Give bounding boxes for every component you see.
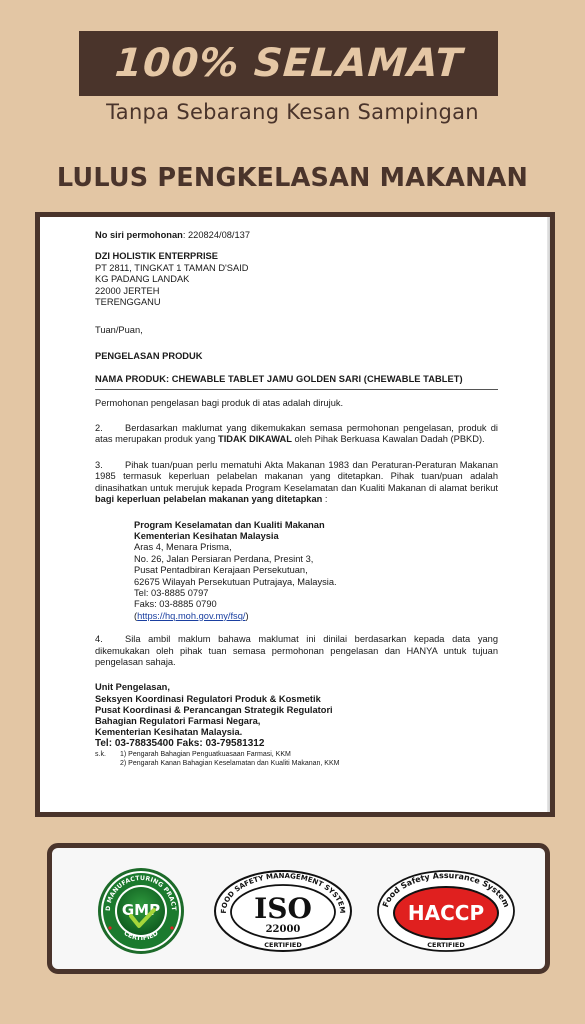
document-frame: No siri permohonan: 220824/08/137 DZI HO… <box>35 212 555 817</box>
company-name: DZI HOLISTIK ENTERPRISE <box>95 251 498 262</box>
signature-tel: Tel: 03-78835400 Faks: 03-79581312 <box>95 738 498 750</box>
paragraph-2: 2.Berdasarkan maklumat yang dikemukakan … <box>95 423 498 446</box>
certification-logos: GOOD MANUFACTURING PRACTICES CERTIFIED G… <box>47 843 550 974</box>
svg-text:CERTIFIED: CERTIFIED <box>264 941 302 949</box>
signature-block: Unit Pengelasan, Seksyen Koordinasi Regu… <box>95 682 498 750</box>
company-address: PT 2811, TINGKAT 1 TAMAN D'SAID KG PADAN… <box>95 263 498 309</box>
fsq-website-link[interactable]: https://hq.moh.gov.my/fsq/ <box>137 611 245 621</box>
svg-text:22000: 22000 <box>266 924 301 935</box>
classification-letter: No siri permohonan: 220824/08/137 DZI HO… <box>95 230 498 768</box>
product-name: NAMA PRODUK: CHEWABLE TABLET JAMU GOLDEN… <box>95 374 498 389</box>
paragraph-3: 3.Pihak tuan/puan perlu mematuhi Akta Ma… <box>95 460 498 506</box>
subject: PENGELASAN PRODUK <box>95 351 498 362</box>
subtitle: Tanpa Sebarang Kesan Sampingan <box>0 100 585 124</box>
iso-badge-icon: FOOD SAFETY MANAGEMENT SYSTEM ISO 22000 … <box>212 868 354 954</box>
title-banner: 100% SELAMAT <box>79 31 498 96</box>
svg-text:CERTIFIED: CERTIFIED <box>427 941 465 949</box>
cc-list: s.k. 1) Pengarah Bahagian Penguatkuasaan… <box>95 750 498 768</box>
salutation: Tuan/Puan, <box>95 325 498 336</box>
contact-address: Program Keselamatan dan Kualiti Makanan … <box>134 520 498 623</box>
paragraph-4: 4.Sila ambil maklum bahawa maklumat ini … <box>95 634 498 668</box>
serial-number: No siri permohonan: 220824/08/137 <box>95 230 498 241</box>
svg-text:ISO: ISO <box>254 892 312 925</box>
intro-paragraph: Permohonan pengelasan bagi produk di ata… <box>95 398 498 409</box>
section-heading: LULUS PENGKELASAN MAKANAN <box>0 163 585 193</box>
gmp-badge-icon: GOOD MANUFACTURING PRACTICES CERTIFIED G… <box>96 866 186 956</box>
haccp-badge-icon: Food Safety Assurance System HACCP CERTI… <box>375 867 517 953</box>
title-text: 100% SELAMAT <box>113 41 464 86</box>
svg-text:HACCP: HACCP <box>408 901 484 925</box>
